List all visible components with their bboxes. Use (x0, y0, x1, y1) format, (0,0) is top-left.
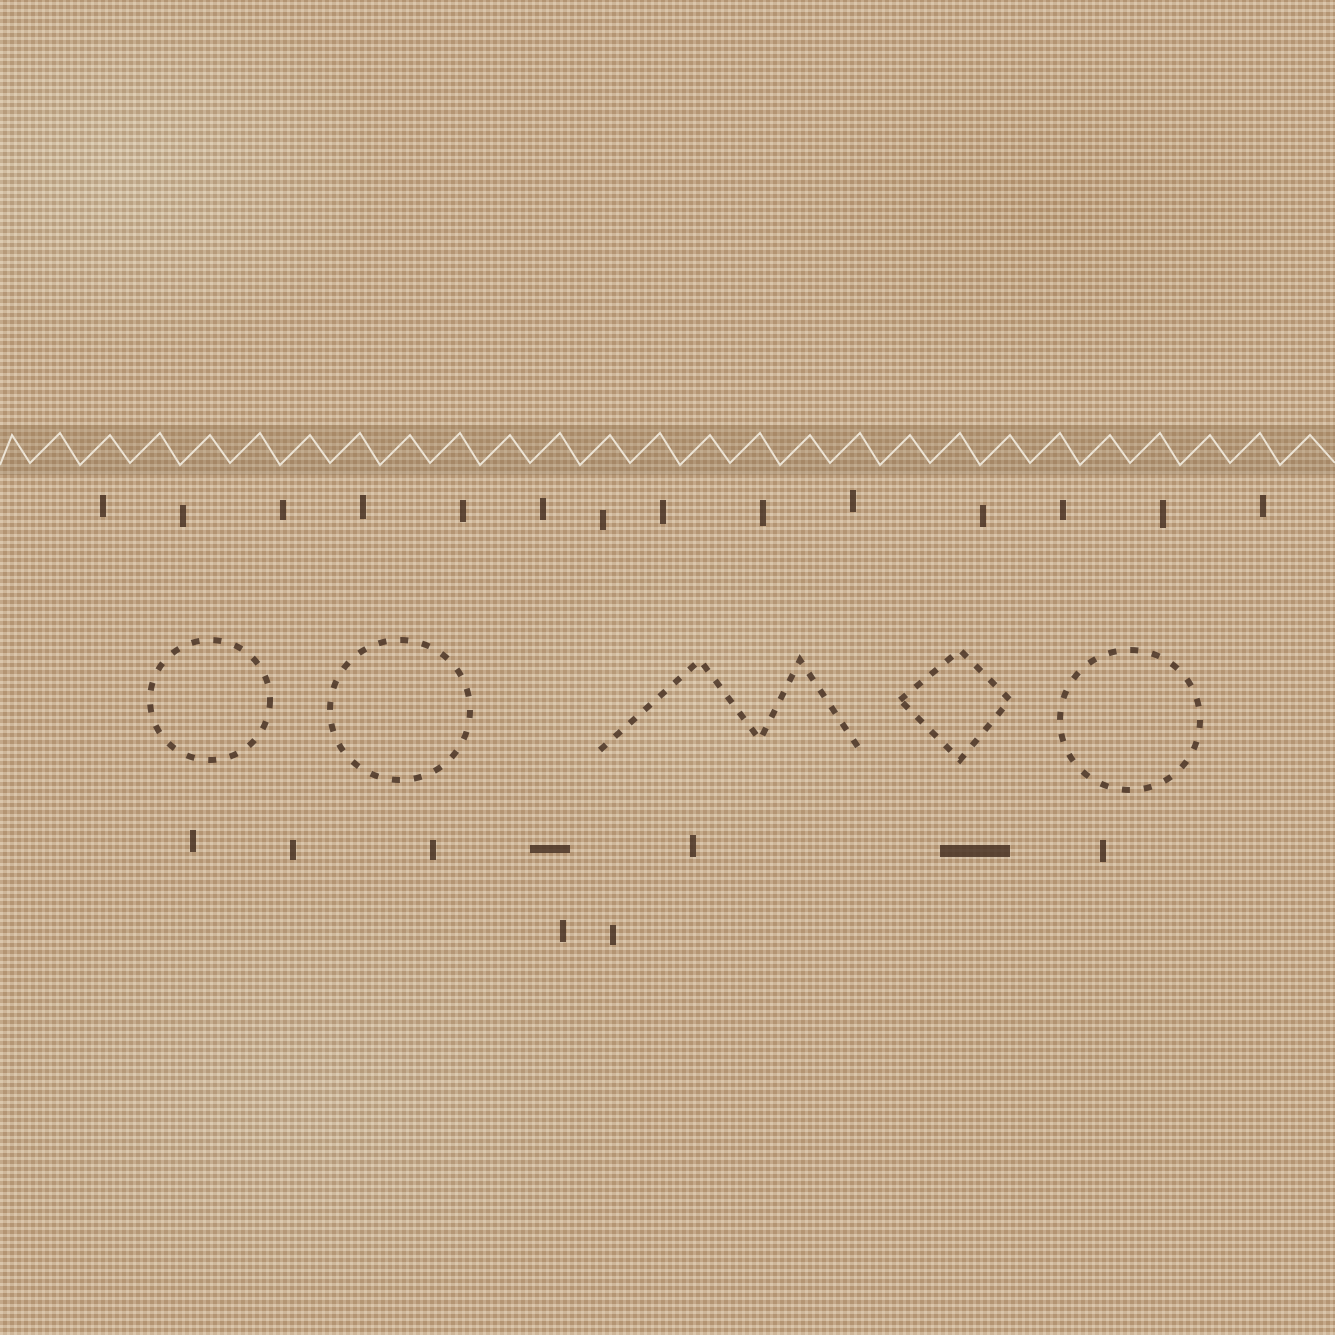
faded-motif (0, 0, 1335, 1335)
rug-photo: Close-up photograph of a faded, hand-kno… (0, 0, 1335, 1335)
